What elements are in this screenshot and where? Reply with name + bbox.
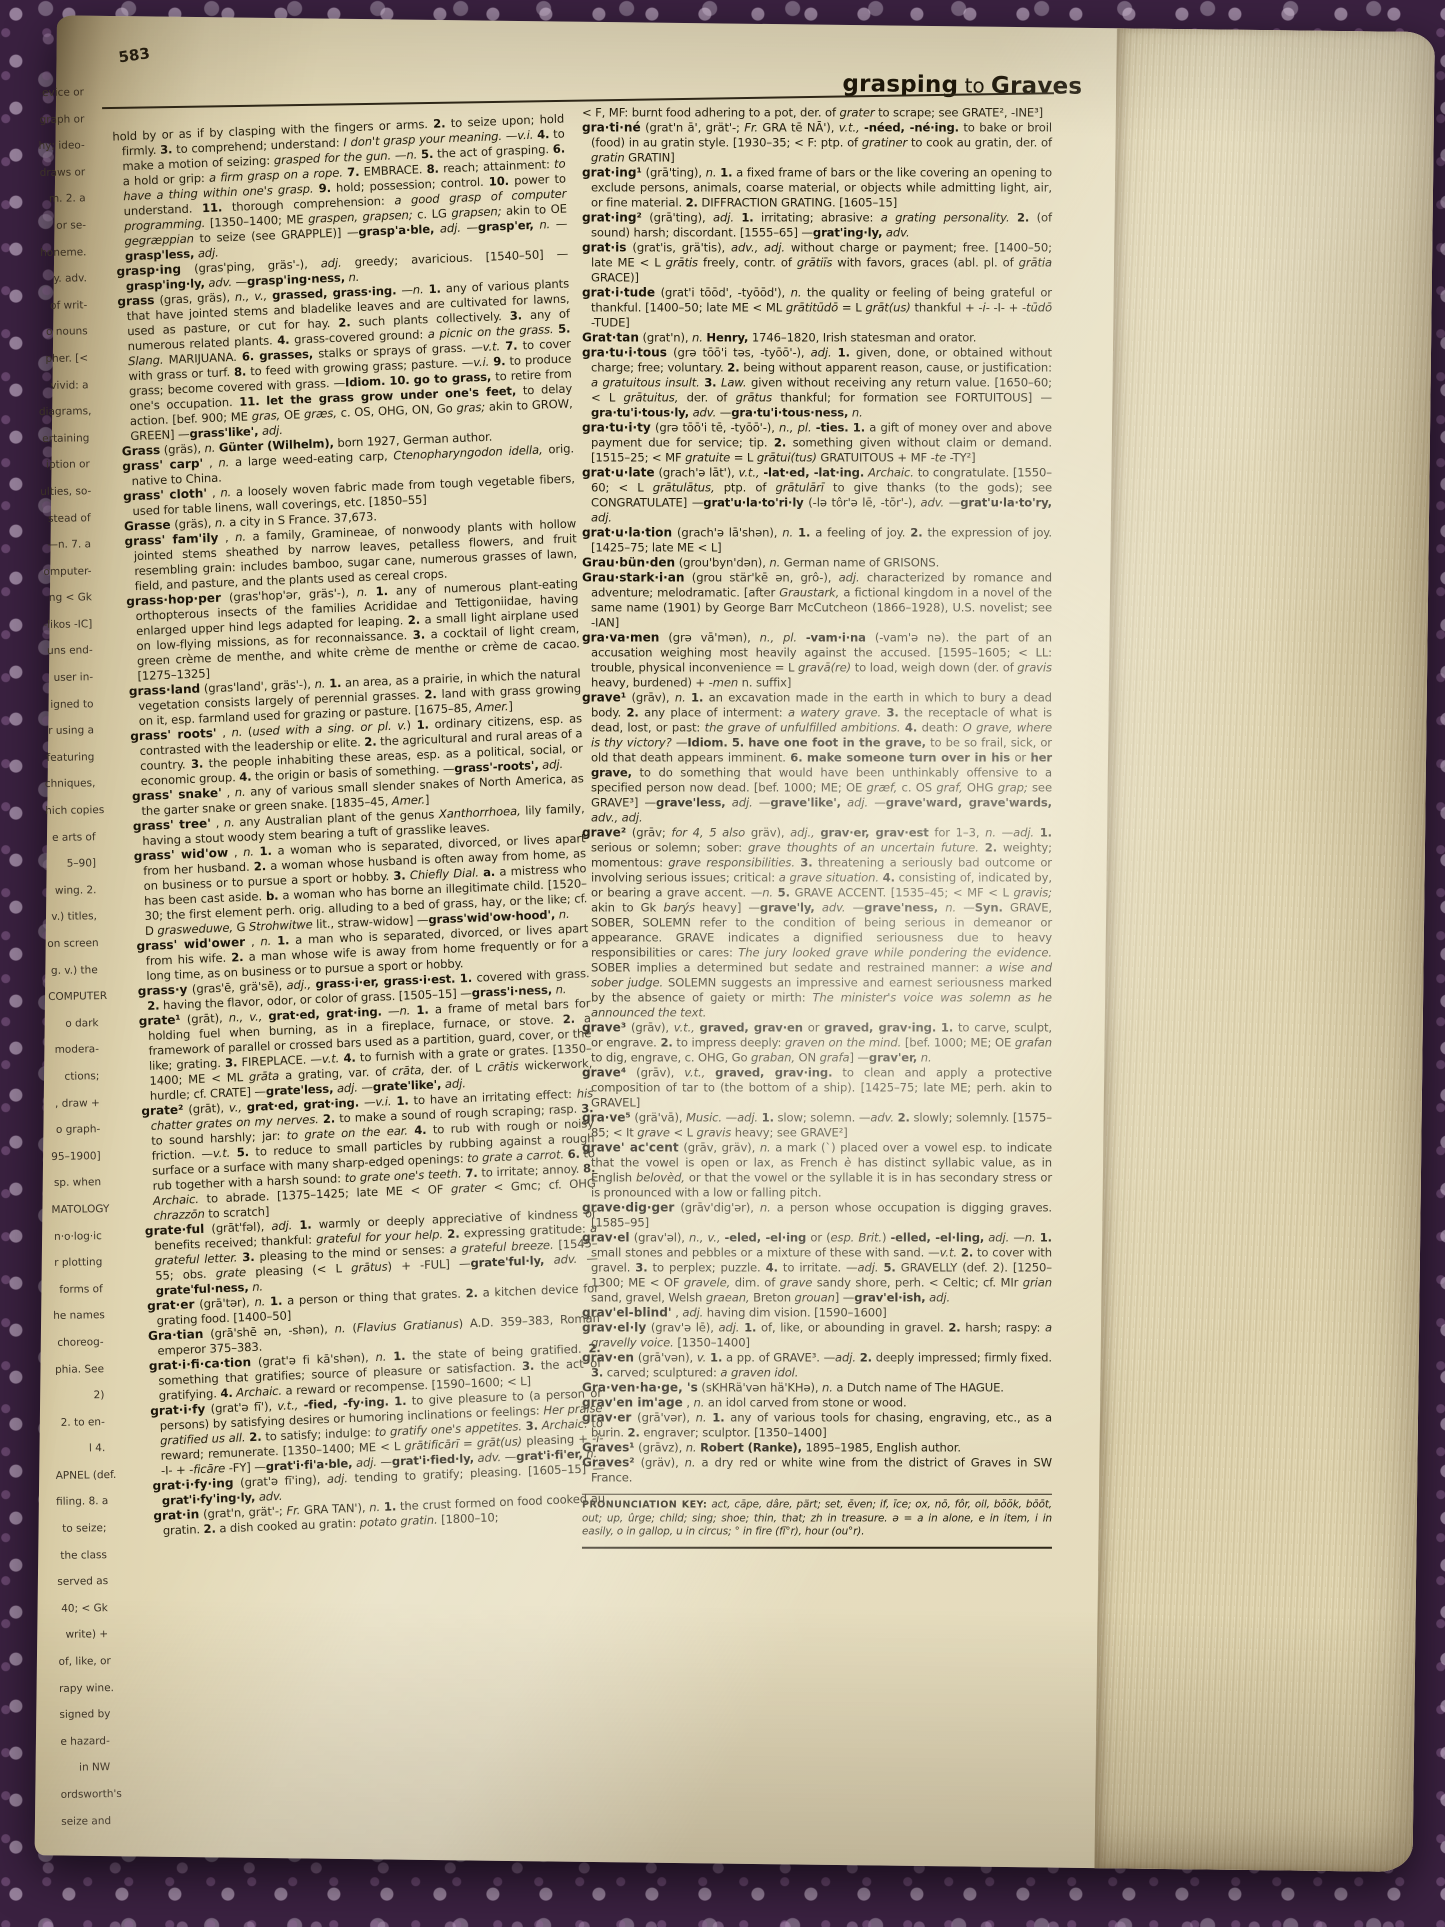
pronunciation-key-label: PRONUNCIATION KEY: — [582, 1500, 707, 1511]
facing-page-fragment: n·o·log·ic — [52, 1223, 102, 1250]
facing-page-text-fragments: evice orgraph orhy; ideo-draws orm. 2. a… — [34, 79, 112, 1835]
facing-page-fragment: write) + — [58, 1622, 108, 1649]
facing-page-fragment: o graph- — [50, 1116, 100, 1143]
headword: Grau·stark·i·an — [582, 571, 685, 585]
headword: grave⁴ — [582, 1066, 626, 1080]
facing-page-fragment: signed by — [59, 1701, 109, 1728]
dictionary-entry: Graves¹ (grāvz), n. Robert (Ranke), 1895… — [582, 1441, 1052, 1456]
headword: grass' fam'ily — [124, 531, 218, 549]
dictionary-entry: grat·is (grat'is, grä'tis), adv., adj. w… — [582, 241, 1052, 286]
facing-page-fragment: o dark — [48, 1010, 98, 1037]
facing-page-fragment: omputer- — [41, 558, 91, 585]
headword: grave·dig·ger — [582, 1201, 674, 1215]
facing-page-fragment: l 4. — [55, 1435, 105, 1462]
facing-page-fragment: evice or — [34, 79, 84, 106]
facing-page-fragment: choreog- — [53, 1329, 103, 1356]
dictionary-entry: grave³ (grāv), v.t., graved, grav·en or … — [582, 1021, 1052, 1066]
dictionary-entry: hold by or as if by clasping with the fi… — [112, 112, 568, 265]
facing-page-fragment: pher. [< — [38, 345, 88, 372]
facing-page-fragment: g. v.) the — [48, 957, 98, 984]
headword: Grasse — [124, 518, 171, 534]
dictionary-entry: Grau·bün·den (grou'byn'dən), n. German n… — [582, 556, 1052, 571]
dictionary-entry: grat·i·tude (grat'i tōōd', -tyōōd'), n. … — [582, 286, 1052, 331]
dictionary-entry: Gra·ven·ha·ge, 's (sKHRä'vən hä'KHə), n.… — [582, 1381, 1052, 1396]
headword: grat·ing¹ — [582, 166, 642, 180]
facing-page-fragment: m. 2. a — [35, 186, 85, 213]
headword: grate² — [141, 1103, 183, 1119]
dictionary-entry: grav'en im'age , n. an idol carved from … — [582, 1396, 1052, 1411]
headword: grav'en im'age — [582, 1396, 683, 1410]
dictionary-entry: gra·ve⁵ (grä'vā), Music. —adj. 1. slow; … — [582, 1111, 1052, 1141]
headword: grass' wid'ow — [134, 846, 229, 864]
facing-page-fragment: seize and — [61, 1808, 111, 1835]
facing-page-fragment: r using a — [44, 717, 94, 744]
dictionary-entry: < F, MF: burnt food adhering to a pot, d… — [582, 106, 1052, 121]
headword: grass·y — [138, 982, 188, 998]
facing-page-fragment: forms of — [53, 1276, 103, 1303]
headword: grass — [117, 293, 155, 308]
headword: grass' cloth' — [123, 486, 207, 503]
facing-page-fragment: sp. when — [51, 1170, 101, 1197]
facing-page-fragment: ertaining — [39, 425, 89, 452]
dictionary-entry: grate² (grāt), v., grat·ed, grat·ing. —v… — [141, 1086, 596, 1224]
facing-page-fragment: APNEL (def. — [55, 1462, 105, 1489]
facing-page-fragment: y. adv. — [37, 265, 87, 292]
facing-page-fragment: 2. to en- — [55, 1409, 105, 1436]
facing-page-fragment: the class — [57, 1542, 107, 1569]
headword: grav·en — [582, 1351, 634, 1365]
facing-page-fragment: ulties, so- — [40, 478, 90, 505]
dictionary-entry: gra·va·men (grə vā'mən), n., pl. -vam·i·… — [582, 631, 1052, 691]
headword: grat·er — [147, 1297, 195, 1313]
facing-page-fragment: uns end- — [43, 638, 93, 665]
dictionary-entry: gra·ti·né (grat'n ā', grät'-; Fr. GRA tē… — [582, 121, 1052, 166]
facing-page-fragment: —n. 7. a — [41, 531, 91, 558]
headword: grav'el-blind' — [582, 1306, 672, 1320]
facing-page-fragment: draws or — [35, 159, 85, 186]
dictionary-entry: grav·el (grav'əl), n., v., -eled, -el·in… — [582, 1231, 1052, 1306]
headword: Gra·tian — [148, 1327, 204, 1343]
guide-word-right: Graves — [991, 73, 1083, 100]
facing-page-fragment: ctions; — [49, 1063, 99, 1090]
facing-page-fragment: 95–1900] — [50, 1143, 100, 1170]
facing-page-fragment: wing. 2. — [46, 877, 96, 904]
dictionary-entry: grat·u·late (grach'ə lāt'), v.t., -lat·e… — [582, 466, 1052, 526]
facing-page-fragment: 5–90] — [46, 850, 96, 877]
dictionary-entry: grave·dig·ger (grāv'dig'ər), n. a person… — [582, 1201, 1052, 1231]
dictionary-entry: grass (gras, gräs), n., v., grassed, gra… — [117, 276, 573, 444]
facing-page-fragment: 40; < Gk — [58, 1595, 108, 1622]
headword: grass' tree' — [133, 816, 211, 833]
facing-page-fragment: ordsworth's — [60, 1781, 110, 1808]
dictionary-entry: grav·er (grā'vər), n. 1. any of various … — [582, 1411, 1052, 1441]
facing-page-fragment: user in- — [43, 664, 93, 691]
pronunciation-key: PRONUNCIATION KEY: act, cāpe, dâre, pärt… — [582, 1494, 1052, 1549]
dictionary-entry: grat·ing² (grā'ting), adj. 1. irritating… — [582, 211, 1052, 241]
headword: Grau·bün·den — [582, 556, 675, 570]
facing-page-fragment: filing. 8. a — [56, 1489, 106, 1516]
headword: grav·el — [582, 1231, 630, 1245]
headword: grass' wid'ower — [136, 935, 245, 953]
headword: gra·ve⁵ — [582, 1111, 631, 1125]
facing-page-fragment: served as — [57, 1568, 107, 1595]
headword: grat·i·fi·ca·tion — [149, 1355, 252, 1373]
headword: Grass — [122, 443, 161, 459]
headword: grate¹ — [138, 1013, 180, 1029]
headword: grat·u·late — [582, 466, 655, 480]
headword: grat·i·fy — [150, 1402, 205, 1418]
dictionary-entry: grav'el-blind' , adj. having dim vision.… — [582, 1306, 1052, 1321]
facing-page-fragment: vivid: a — [38, 372, 88, 399]
headword: gra·tu·i·tous — [582, 346, 667, 360]
dictionary-entry: grave' ac'cent (grāv, gräv), n. a mark (… — [582, 1141, 1052, 1201]
facing-page-fragment: hich copies — [45, 797, 95, 824]
facing-page-fragment: he names — [53, 1302, 103, 1329]
headword: grat·is — [582, 241, 627, 255]
headword: grav·er — [582, 1411, 631, 1425]
dictionary-entry: grat·u·la·tion (grach'ə lā'shən), n. 1. … — [582, 526, 1052, 556]
left-column: hold by or as if by clasping with the fi… — [112, 112, 605, 1540]
dictionary-entry: grave¹ (grāv), n. 1. an excavation made … — [582, 691, 1052, 826]
dictionary-entry: grat·ing¹ (grā'ting), n. 1. a fixed fram… — [582, 166, 1052, 211]
facing-page-fragment: in NW — [60, 1754, 110, 1781]
headword: grave¹ — [582, 691, 626, 705]
page-edges-stack — [1094, 28, 1434, 1872]
facing-page-fragment: igned to — [43, 691, 93, 718]
facing-page-fragment: e hazard- — [60, 1728, 110, 1755]
headword: grass' carp' — [122, 456, 203, 473]
facing-page-fragment: 2) — [54, 1382, 104, 1409]
facing-page-fragment: to seize; — [56, 1515, 106, 1542]
headword: gra·va·men — [582, 631, 659, 645]
dictionary-entry: Grau·stark·i·an (grou stär'kē ən, grô-),… — [582, 571, 1052, 631]
facing-page-fragment: featuring — [44, 744, 94, 771]
facing-page-fragment: ng < Gk — [42, 585, 92, 612]
right-column: < F, MF: burnt food adhering to a pot, d… — [582, 106, 1052, 1549]
photo-of-dictionary-page: { "colors": { "page": "#e6ddbf", "ink": … — [0, 0, 1445, 1927]
facing-page-fragment: hy; ideo- — [35, 132, 85, 159]
facing-page-fragment: diagrams, — [39, 398, 89, 425]
headword: Graves¹ — [582, 1441, 635, 1455]
headword: grat·i·tude — [582, 286, 655, 300]
dictionary-entry: Graves² (gräv), n. a dry red or white wi… — [582, 1456, 1052, 1486]
facing-page-fragment: MATOLOGY — [51, 1196, 101, 1223]
headword: grass' snake' — [132, 786, 222, 804]
headword: grass·hop·per — [126, 591, 221, 609]
dictionary-entry: grave⁴ (grāv), v.t., graved, grav·ing. t… — [582, 1066, 1052, 1111]
facing-page-fragment: on screen — [47, 930, 97, 957]
facing-page-fragment: o nouns — [38, 319, 88, 346]
headword: grav·el·ly — [582, 1321, 646, 1335]
dictionary-entry: Grat·tan (grat'n), n. Henry, 1746–1820, … — [582, 331, 1052, 346]
right-column-entries: < F, MF: burnt food adhering to a pot, d… — [582, 106, 1052, 1486]
headword: grate·ful — [145, 1222, 205, 1238]
facing-page-fragment: phia. See — [54, 1356, 104, 1383]
facing-page-fragment: , draw + — [50, 1090, 100, 1117]
headword: grave³ — [582, 1021, 626, 1035]
facing-page-fragment: chniques, — [45, 771, 95, 798]
dictionary-entry: gra·tu·i·tous (grə tōō'i təs, -tyōō'-), … — [582, 346, 1052, 421]
headword: grat·ing² — [582, 211, 642, 225]
facing-page-fragment: honeme. — [36, 239, 86, 266]
facing-page-fragment: of writ- — [37, 292, 87, 319]
facing-page-fragment: -likos -IC] — [42, 611, 92, 638]
facing-page-fragment: or se- — [36, 212, 86, 239]
headword: grass' roots' — [130, 726, 217, 743]
headword: Graves² — [582, 1456, 635, 1470]
dictionary-entry: gra·tu·i·ty (grə tōō'i tē, -tyōō'-), n.,… — [582, 421, 1052, 466]
facing-page-fragment: stead of — [40, 505, 90, 532]
headword: grat·u·la·tion — [582, 526, 672, 540]
headword: grave² — [582, 826, 626, 840]
headword: gra·ti·né — [582, 121, 641, 135]
facing-page-fragment: e arts of — [45, 824, 95, 851]
headword: grass·land — [129, 682, 201, 699]
facing-page-fragment: r plotting — [52, 1249, 102, 1276]
headword: Gra·ven·ha·ge, 's — [582, 1381, 698, 1395]
headword: grave' ac'cent — [582, 1141, 679, 1155]
facing-page-fragment: of, like, or — [58, 1648, 108, 1675]
dictionary-book-page: evice orgraph orhy; ideo-draws orm. 2. a… — [35, 15, 1435, 1872]
dictionary-entry: grave² (grāv; for 4, 5 also gräv), adj.,… — [582, 826, 1052, 1021]
headword: grat·in — [153, 1507, 199, 1523]
headword: grasp·ing — [116, 262, 181, 279]
dictionary-entry: grav·en (grā'vən), v. 1. a pp. of GRAVE³… — [582, 1351, 1052, 1381]
facing-page-fragment: iption or — [40, 452, 90, 479]
facing-page-fragment: graph or — [34, 106, 84, 133]
facing-page-fragment: COMPUTER — [48, 983, 98, 1010]
facing-page-fragment: modera- — [49, 1037, 99, 1064]
facing-page-fragment: v.) titles, — [47, 904, 97, 931]
dictionary-entry: grav·el·ly (grav'ə lē), adj. 1. of, like… — [582, 1321, 1052, 1351]
facing-page-fragment: rapy wine. — [59, 1675, 109, 1702]
headword: Grat·tan — [582, 331, 639, 345]
headword: gra·tu·i·ty — [582, 421, 651, 435]
page-number: 583 — [117, 44, 151, 66]
